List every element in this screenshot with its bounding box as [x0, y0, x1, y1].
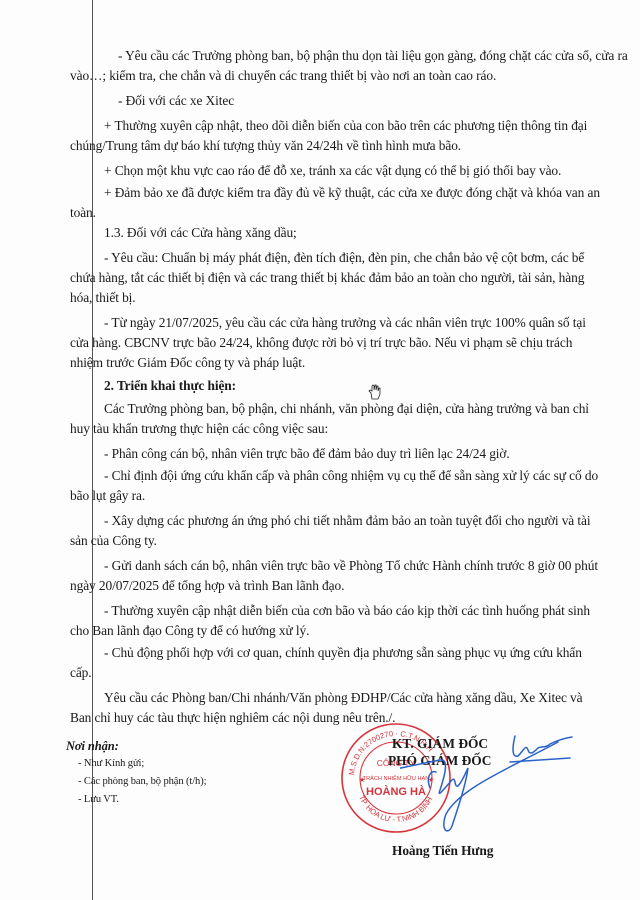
section-heading: 2. Triển khai thực hiện: — [104, 378, 236, 394]
recipient-item: - Lưu VT. — [78, 793, 119, 807]
text-line: - Gửi danh sách cán bộ, nhân viên trực b… — [104, 558, 556, 574]
text-line: sản của Công ty. — [70, 533, 157, 549]
signer-name: Hoàng Tiến Hưng — [392, 843, 493, 859]
text-line: - Yêu cầu các Trưởng phòng ban, bộ phận … — [118, 48, 556, 64]
text-line: ngày 20/07/2025 để tổng hợp và trình Ban… — [70, 578, 344, 594]
text-line: chúng/Trung tâm dự báo khí tượng thủy vă… — [70, 138, 461, 154]
text-line: - Thường xuyên cập nhật diễn biến của cơ… — [104, 603, 556, 619]
text-line: toàn. — [70, 205, 96, 221]
text-line: - Đối với các xe Xitec — [118, 93, 234, 109]
text-line: cấp. — [70, 665, 92, 681]
recipient-item: - Như Kính gửi; — [78, 757, 144, 771]
text-line: - Từ ngày 21/07/2025, yêu cầu các cửa hà… — [104, 315, 556, 331]
handwritten-signature — [400, 728, 575, 838]
text-line: cho Ban lãnh đạo Công ty để có hướng xử … — [70, 623, 309, 639]
text-line: + Thường xuyên cập nhật, theo dõi diễn b… — [104, 118, 556, 134]
text-line: huy tàu khẩn trương thực hiện các công v… — [70, 421, 328, 437]
text-line: + Đảm bảo xe đã được kiểm tra đầy đủ về … — [104, 185, 556, 201]
text-line: cửa hàng. CBCNV trực bão 24/24, không đư… — [70, 335, 556, 351]
text-line: bão lụt gây ra. — [70, 488, 145, 504]
text-line: vào…; kiểm tra, che chắn và di chuyển cá… — [70, 68, 496, 84]
text-line: - Phân công cán bộ, nhân viên trực bão đ… — [104, 446, 510, 462]
text-line: chứa hàng, tắt các thiết bị điện và các … — [70, 270, 556, 286]
text-line: - Xây dựng các phương án ứng phó chi tiế… — [104, 513, 556, 529]
recipients-heading: Nơi nhận: — [66, 738, 119, 754]
text-line: - Chỉ định đội ứng cứu khẩn cấp và phân … — [104, 468, 556, 484]
text-line: - Chủ động phối hợp với cơ quan, chính q… — [104, 645, 556, 661]
text-line: hóa, thiết bị. — [70, 290, 136, 306]
recipient-item: - Các phòng ban, bộ phận (t/h); — [78, 775, 206, 789]
stamp-star-icon: ★ — [359, 776, 365, 784]
text-line: - Yêu cầu: Chuẩn bị máy phát điện, đèn t… — [104, 250, 556, 266]
text-line: + Chọn một khu vực cao ráo để đỗ xe, trá… — [104, 163, 561, 179]
document-page: - Yêu cầu các Trưởng phòng ban, bộ phận … — [0, 0, 640, 900]
text-line: Các Trưởng phòng ban, bộ phận, chi nhánh… — [104, 401, 556, 417]
section-heading: 1.3. Đối với các Cửa hàng xăng dầu; — [104, 225, 297, 241]
hand-cursor-icon — [368, 384, 382, 400]
text-line: nhiệm trước Giám Đốc công ty và pháp luậ… — [70, 355, 305, 371]
text-line: Yêu cầu các Phòng ban/Chi nhánh/Văn phòn… — [104, 690, 556, 706]
